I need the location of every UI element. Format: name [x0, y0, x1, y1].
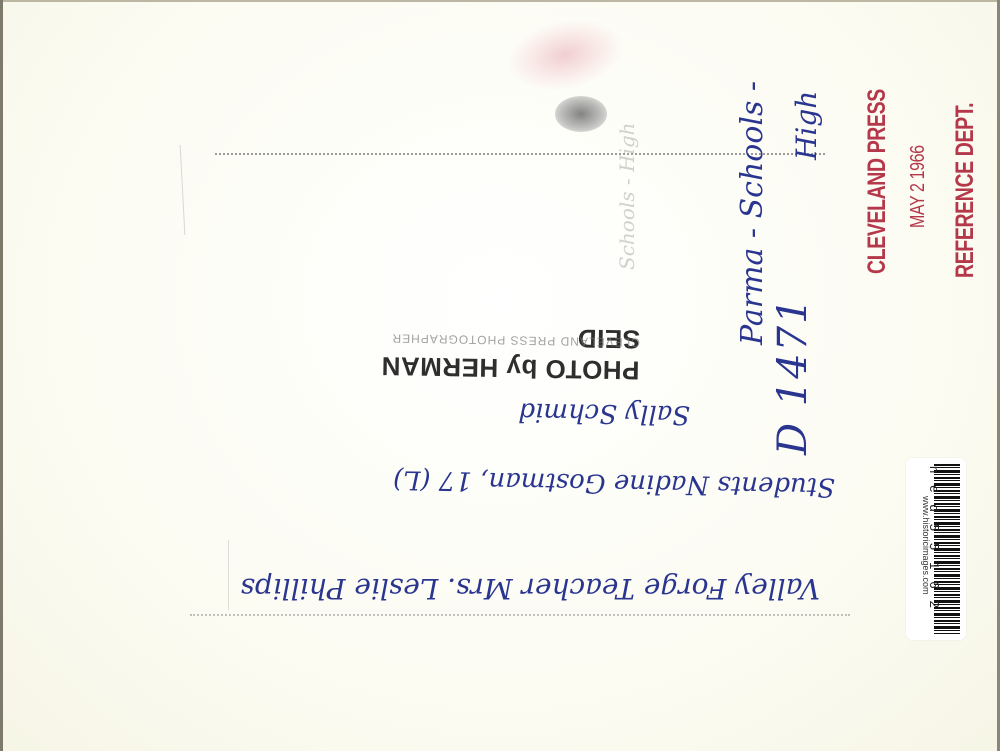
cleveland-press-reference-stamp: CLEVELAND PRESS MAY 2 1966 REFERENCE DEP… [855, 68, 995, 278]
handwritten-archive-code: D 1471 [770, 296, 816, 455]
handwritten-subject-continued: High [790, 91, 823, 160]
photo-back-page: CLEVELAND PRESS MAY 2 1966 REFERENCE DEP… [0, 0, 1000, 751]
red-ink-smudge [499, 8, 631, 101]
handwritten-caption-students: Students Nadine Gostman, 17 (L) [395, 464, 835, 502]
pencil-mark [180, 145, 186, 235]
handwritten-caption-second-student: Sally Schmid [520, 397, 690, 430]
barcode-label: ned55162 www.historicimages.com [906, 458, 966, 640]
page-edge-left [0, 0, 3, 751]
photographer-credit-stamp: PHOTO by HERMAN SEID CLEVELAND PRESS PHO… [329, 289, 651, 390]
handwritten-caption-teacher: Valley Forge Teacher Mrs. Leslie Phillip… [200, 572, 820, 605]
barcode-url: www.historicimages.com [921, 496, 931, 595]
page-edge-top [0, 0, 1000, 2]
stamp-line-date: MAY 2 1966 [907, 145, 930, 228]
stamp-line-dept: REFERENCE DEPT. [951, 103, 980, 278]
handwritten-subject: Parma - Schools - [735, 81, 770, 345]
stamp-line-press: CLEVELAND PRESS [863, 89, 892, 274]
stamp-photo-credit: PHOTO by HERMAN SEID [329, 318, 640, 385]
adhesive-residue-line-top [215, 153, 825, 155]
adhesive-residue-line-bottom [190, 614, 850, 616]
gray-ink-blot [555, 96, 607, 132]
faint-pencil-note: Schools - High [615, 122, 639, 270]
